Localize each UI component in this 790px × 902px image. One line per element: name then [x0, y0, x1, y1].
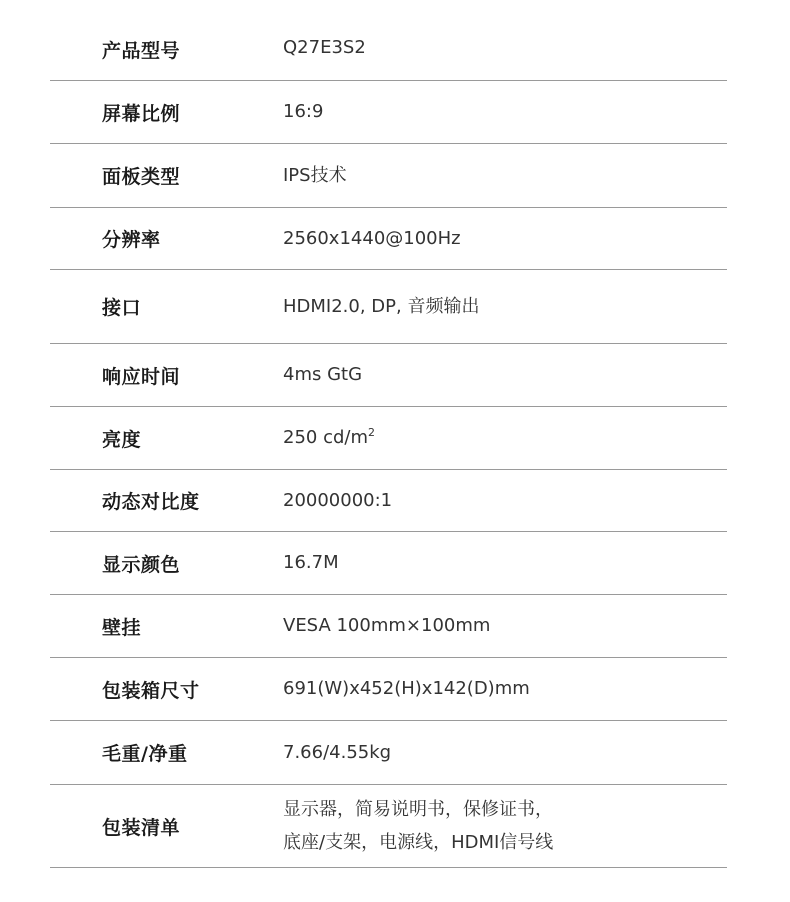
spec-label: 响应时间	[102, 362, 180, 389]
spec-row-package-contents: 包装清单 显示器，简易说明书，保修证书， 底座/支架，电源线，HDMI信号线	[50, 785, 727, 868]
spec-value: 2560x1440@100Hz	[283, 223, 461, 255]
spec-row-resolution: 分辨率 2560x1440@100Hz	[50, 208, 727, 270]
spec-label: 屏幕比例	[102, 99, 180, 126]
spec-row-panel-type: 面板类型 IPS技术	[50, 144, 727, 208]
spec-label: 接口	[102, 293, 141, 320]
spec-value: HDMI2.0, DP, 音频输出	[283, 291, 479, 323]
spec-value: 7.66/4.55kg	[283, 737, 391, 769]
brightness-superscript: 2	[368, 426, 375, 439]
spec-value: 16:9	[283, 96, 323, 128]
spec-label: 分辨率	[102, 225, 161, 252]
spec-row-brightness: 亮度 250 cd/m2	[50, 407, 727, 470]
spec-value: 691(W)x452(H)x142(D)mm	[283, 673, 530, 705]
spec-row-package-size: 包装箱尺寸 691(W)x452(H)x142(D)mm	[50, 658, 727, 721]
spec-value: 显示器，简易说明书，保修证书， 底座/支架，电源线，HDMI信号线	[283, 793, 553, 859]
spec-label: 动态对比度	[102, 487, 200, 514]
spec-row-model: 产品型号 Q27E3S2	[50, 18, 727, 81]
spec-label: 产品型号	[102, 36, 180, 63]
spec-row-colors: 显示颜色 16.7M	[50, 532, 727, 595]
spec-label: 毛重/净重	[102, 739, 187, 766]
package-contents-line-2: 底座/支架，电源线，HDMI信号线	[283, 826, 553, 859]
spec-value: Q27E3S2	[283, 32, 366, 64]
spec-label: 面板类型	[102, 162, 180, 189]
spec-table: 产品型号 Q27E3S2 屏幕比例 16:9 面板类型 IPS技术 分辨率 25…	[50, 18, 727, 868]
spec-label: 包装箱尺寸	[102, 676, 200, 703]
brightness-value: 250 cd/m	[283, 427, 368, 448]
spec-value: 4ms GtG	[283, 359, 362, 391]
spec-row-weight: 毛重/净重 7.66/4.55kg	[50, 721, 727, 785]
spec-label: 显示颜色	[102, 550, 180, 577]
spec-label: 亮度	[102, 425, 141, 452]
spec-row-ports: 接口 HDMI2.0, DP, 音频输出	[50, 270, 727, 344]
spec-row-wall-mount: 壁挂 VESA 100mm×100mm	[50, 595, 727, 658]
spec-value: 20000000:1	[283, 485, 392, 517]
spec-row-response-time: 响应时间 4ms GtG	[50, 344, 727, 407]
spec-label: 壁挂	[102, 613, 141, 640]
spec-value: 16.7M	[283, 547, 339, 579]
spec-row-contrast: 动态对比度 20000000:1	[50, 470, 727, 532]
spec-value: VESA 100mm×100mm	[283, 610, 490, 642]
package-contents-line-1: 显示器，简易说明书，保修证书，	[283, 793, 553, 826]
spec-value: 250 cd/m2	[283, 422, 375, 454]
spec-value: IPS技术	[283, 160, 347, 192]
spec-label: 包装清单	[102, 813, 180, 840]
spec-row-aspect-ratio: 屏幕比例 16:9	[50, 81, 727, 144]
